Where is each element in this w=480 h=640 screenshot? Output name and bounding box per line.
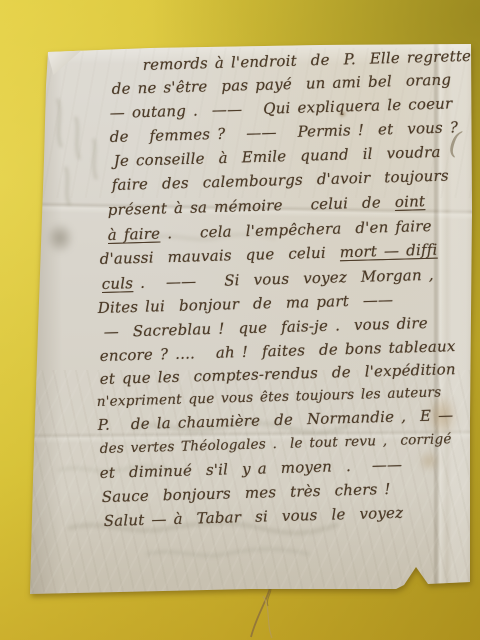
letter-line-10: culs . —— Si vous voyez Morgan , <box>102 268 434 292</box>
letter-line-14: et que les comptes-rendus de l'expéditio… <box>100 362 456 387</box>
margin-pen-mark: ( <box>447 125 462 161</box>
letter-line-1: remords à l'endroit de P. Elle regrette <box>143 49 472 73</box>
line-text: présent à sa mémoire celui de <box>108 193 396 219</box>
letter-line-3: — outang . —— Qui expliquera le coeur <box>110 96 453 121</box>
letter-line-19: Sauce bonjours mes très chers ! <box>102 482 391 505</box>
underlined-word: mort — diffi <box>340 241 438 262</box>
letter-paper-wrapper: remords à l'endroit de P. Elle regrette … <box>0 0 480 640</box>
letter-line-7: présent à sa mémoire celui de oint <box>108 194 426 218</box>
letter-line-18: et diminué s'il y a moyen . —— <box>100 458 403 481</box>
letter-line-15: n'expriment que vous êtes toujours les a… <box>97 386 442 409</box>
letter-line-20: Salut — à Tabar si vous le voyez <box>104 506 404 529</box>
letter-line-16: P. de la chaumière de Normandie , E — <box>98 408 454 433</box>
handwritten-text-layer: remords à l'endroit de P. Elle regrette … <box>0 0 480 640</box>
letter-line-9: d'aussi mauvais que celui mort — diffi <box>100 243 438 267</box>
line-text: . cela l'empêchera d'en faire <box>160 217 432 243</box>
letter-line-5: Je conseille à Emile quand il voudra <box>114 145 441 169</box>
underlined-word: oint <box>395 192 426 211</box>
letter-line-12: — Sacreblau ! que fais-je . vous dire <box>104 316 428 340</box>
letter-line-8: à faire . cela l'empêchera d'en faire <box>108 219 432 243</box>
line-text: d'aussi mauvais que celui <box>100 243 341 268</box>
letter-paper: remords à l'endroit de P. Elle regrette … <box>0 0 480 640</box>
letter-line-17: des vertes Théologales . le tout revu , … <box>100 433 452 456</box>
underlined-word: culs <box>102 274 134 293</box>
letter-line-13: encore ? .... ah ! faites de bons tablea… <box>100 339 456 364</box>
letter-line-6: faire des calembourgs d'avoir toujours <box>112 169 449 193</box>
underlined-word: à faire <box>108 225 161 244</box>
letter-line-11: Dites lui bonjour de ma part —— <box>98 293 394 316</box>
line-text: . —— Si vous voyez Morgan , <box>133 266 434 292</box>
letter-line-4: de femmes ? —— Permis ! et vous ? <box>110 120 459 145</box>
letter-line-2: de ne s'être pas payé un ami bel orang <box>112 73 452 97</box>
